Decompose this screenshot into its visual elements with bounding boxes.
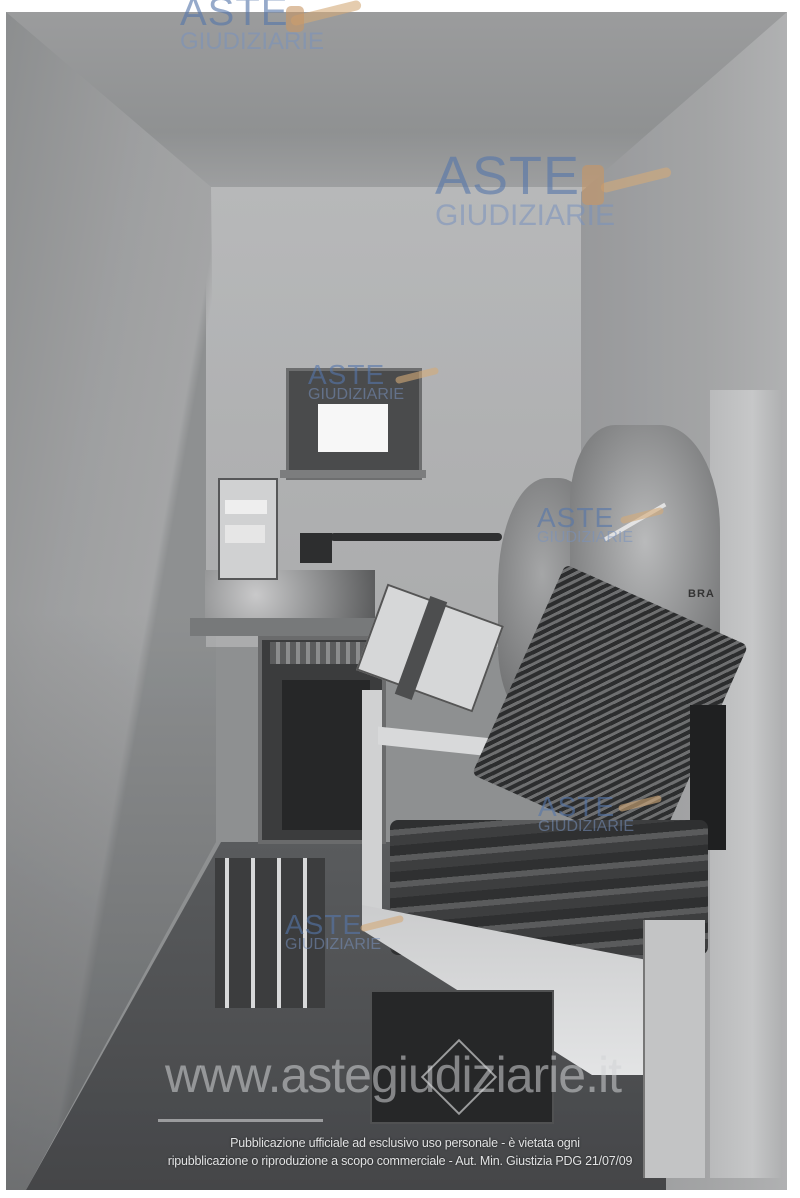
watermark-url: www.astegiudiziarie.it bbox=[165, 1046, 621, 1104]
disclaimer-line2: ripubblicazione o riproduzione a scopo c… bbox=[0, 1154, 800, 1168]
watermark-line2: GIUDIZIARIE bbox=[285, 938, 381, 953]
window-glass bbox=[318, 404, 388, 452]
cabinet-trim bbox=[270, 642, 370, 664]
watermark-line2: GIUDIZIARIE bbox=[435, 202, 615, 230]
window-sill bbox=[280, 470, 426, 478]
watermark-floor: ASTE GIUDIZIARIE bbox=[285, 912, 381, 952]
gavel-icon bbox=[582, 165, 604, 205]
watermark-line1: ASTE bbox=[537, 505, 633, 531]
watermark-bags: ASTE GIUDIZIARIE bbox=[537, 505, 633, 545]
watermark-line2: GIUDIZIARIE bbox=[538, 820, 634, 835]
box-label bbox=[225, 525, 265, 543]
bag-label: BRA bbox=[688, 588, 715, 600]
watermark-window: ASTE GIUDIZIARIE bbox=[308, 362, 404, 402]
wall-shelf bbox=[190, 618, 390, 636]
dark-box bbox=[300, 533, 332, 563]
watermark-line2: GIUDIZIARIE bbox=[308, 388, 404, 403]
watermark-basket: ASTE GIUDIZIARIE bbox=[538, 794, 634, 834]
white-shelf-side bbox=[362, 690, 382, 920]
watermark-line2: GIUDIZIARIE bbox=[180, 31, 324, 53]
watermark-line1: ASTE bbox=[308, 362, 404, 388]
watermark-url-underline bbox=[158, 1119, 323, 1122]
disclaimer-line1: Pubblicazione ufficiale ad esclusivo uso… bbox=[0, 1136, 800, 1150]
cabinet-door bbox=[282, 680, 370, 830]
gavel-icon bbox=[286, 6, 304, 32]
watermark-line2: GIUDIZIARIE bbox=[537, 531, 633, 546]
box-label bbox=[225, 500, 267, 514]
wall-pipe bbox=[330, 533, 502, 541]
